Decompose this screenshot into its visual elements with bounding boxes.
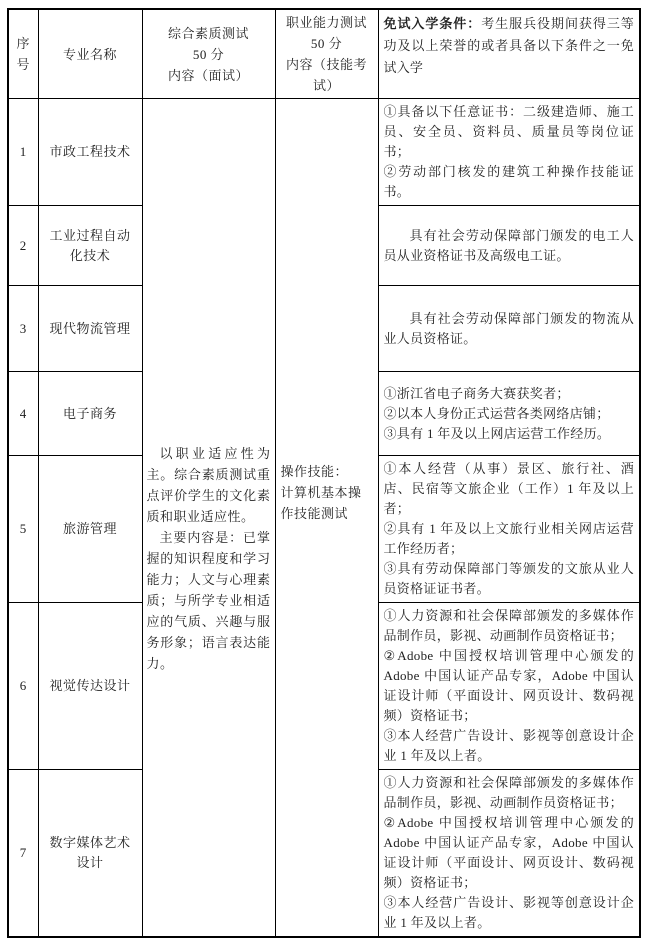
- major-name-cell: 电子商务: [38, 372, 142, 456]
- major-name-cell: 旅游管理: [38, 456, 142, 603]
- header-row: 序号 专业名称 综合素质测试 50 分 内容（面试） 职业能力测试 50 分 内…: [8, 9, 640, 99]
- exemption-condition-cell: 具有社会劳动保障部门颁发的物流从业人员资格证。: [378, 286, 640, 372]
- condition-paragraph: ③具有 1 年及以上网店运营工作经历。: [384, 424, 635, 444]
- quality-test-paragraph: 主要内容是：已掌握的知识程度和学习能力；人文与心理素质；与所学专业相适应的气质、…: [147, 527, 271, 674]
- condition-paragraph: ①人力资源和社会保障部颁发的多媒体作品制作员，影视、动画制作员资格证书；: [384, 773, 635, 813]
- quality-test-content-cell: 以职业适应性为主。综合素质测试重点评价学生的文化素质和职业适应性。主要内容是：已…: [142, 99, 275, 938]
- condition-paragraph: ③本人经营广告设计、影视等创意设计企业 1 年及以上者。: [384, 893, 635, 933]
- header-exemption-conditions: 免试入学条件：考生服兵役期间获得三等功及以上荣誉的或者具备以下条件之一免试入学: [378, 9, 640, 99]
- row-number-cell: 7: [8, 770, 38, 938]
- row-number-cell: 2: [8, 206, 38, 286]
- row-number-cell: 1: [8, 99, 38, 206]
- row-number-cell: 5: [8, 456, 38, 603]
- skill-test-paragraph: 计算机基本操作技能测试: [281, 482, 373, 524]
- condition-paragraph: ②Adobe 中国授权培训管理中心颁发的Adobe 中国认证产品专家，Adobe…: [384, 813, 635, 893]
- condition-paragraph: ②以本人身份正式运营各类网络店铺；: [384, 404, 635, 424]
- condition-paragraph: 具有社会劳动保障部门颁发的物流从业人员资格证。: [384, 309, 635, 349]
- header-no: 序号: [8, 9, 38, 99]
- major-name-cell: 数字媒体艺术设计: [38, 770, 142, 938]
- row-number-cell: 4: [8, 372, 38, 456]
- exemption-condition-cell: ①人力资源和社会保障部颁发的多媒体作品制作员，影视、动画制作员资格证书；②Ado…: [378, 770, 640, 938]
- condition-paragraph: ③本人经营广告设计、影视等创意设计企业 1 年及以上者。: [384, 726, 635, 766]
- condition-paragraph: ②劳动部门核发的建筑工种操作技能证书。: [384, 162, 635, 202]
- table-body: 1市政工程技术以职业适应性为主。综合素质测试重点评价学生的文化素质和职业适应性。…: [8, 99, 640, 938]
- skill-test-content-cell: 操作技能：计算机基本操作技能测试: [275, 99, 378, 938]
- header-quality-test: 综合素质测试 50 分 内容（面试）: [142, 9, 275, 99]
- admission-exemption-table: 序号 专业名称 综合素质测试 50 分 内容（面试） 职业能力测试 50 分 内…: [7, 8, 641, 938]
- exemption-condition-cell: 具有社会劳动保障部门颁发的电工人员从业资格证书及高级电工证。: [378, 206, 640, 286]
- header-major: 专业名称: [38, 9, 142, 99]
- row-number-cell: 6: [8, 603, 38, 770]
- exemption-condition-cell: ①浙江省电子商务大赛获奖者；②以本人身份正式运营各类网络店铺；③具有 1 年及以…: [378, 372, 640, 456]
- exemption-condition-cell: ①本人经营（从事）景区、旅行社、酒店、民宿等文旅企业（工作）1 年及以上者；②具…: [378, 456, 640, 603]
- header-skill-test: 职业能力测试 50 分 内容（技能考试）: [275, 9, 378, 99]
- condition-paragraph: ①本人经营（从事）景区、旅行社、酒店、民宿等文旅企业（工作）1 年及以上者；: [384, 459, 635, 519]
- condition-paragraph: ②Adobe 中国授权培训管理中心颁发的Adobe 中国认证产品专家，Adobe…: [384, 646, 635, 726]
- condition-paragraph: ③具有劳动保障部门等颁发的文旅从业人员资格证证书者。: [384, 559, 635, 599]
- major-name-cell: 市政工程技术: [38, 99, 142, 206]
- exemption-condition-cell: ①具备以下任意证书：二级建造师、施工员、安全员、资料员、质量员等岗位证书；②劳动…: [378, 99, 640, 206]
- condition-paragraph: 具有社会劳动保障部门颁发的电工人员从业资格证书及高级电工证。: [384, 226, 635, 266]
- exemption-title: 免试入学条件：: [384, 16, 482, 31]
- condition-paragraph: ①人力资源和社会保障部颁发的多媒体作品制作员，影视、动画制作员资格证书；: [384, 606, 635, 646]
- major-name-cell: 视觉传达设计: [38, 603, 142, 770]
- skill-test-paragraph: 操作技能：: [281, 461, 373, 482]
- major-name-cell: 现代物流管理: [38, 286, 142, 372]
- major-name-cell: 工业过程自动化技术: [38, 206, 142, 286]
- condition-paragraph: ①浙江省电子商务大赛获奖者；: [384, 384, 635, 404]
- table-row-1: 1市政工程技术以职业适应性为主。综合素质测试重点评价学生的文化素质和职业适应性。…: [8, 99, 640, 206]
- exemption-condition-cell: ①人力资源和社会保障部颁发的多媒体作品制作员，影视、动画制作员资格证书；②Ado…: [378, 603, 640, 770]
- quality-test-paragraph: 以职业适应性为主。综合素质测试重点评价学生的文化素质和职业适应性。: [147, 443, 271, 527]
- row-number-cell: 3: [8, 286, 38, 372]
- condition-paragraph: ②具有 1 年及以上文旅行业相关网店运营工作经历者；: [384, 519, 635, 559]
- condition-paragraph: ①具备以下任意证书：二级建造师、施工员、安全员、资料员、质量员等岗位证书；: [384, 102, 635, 162]
